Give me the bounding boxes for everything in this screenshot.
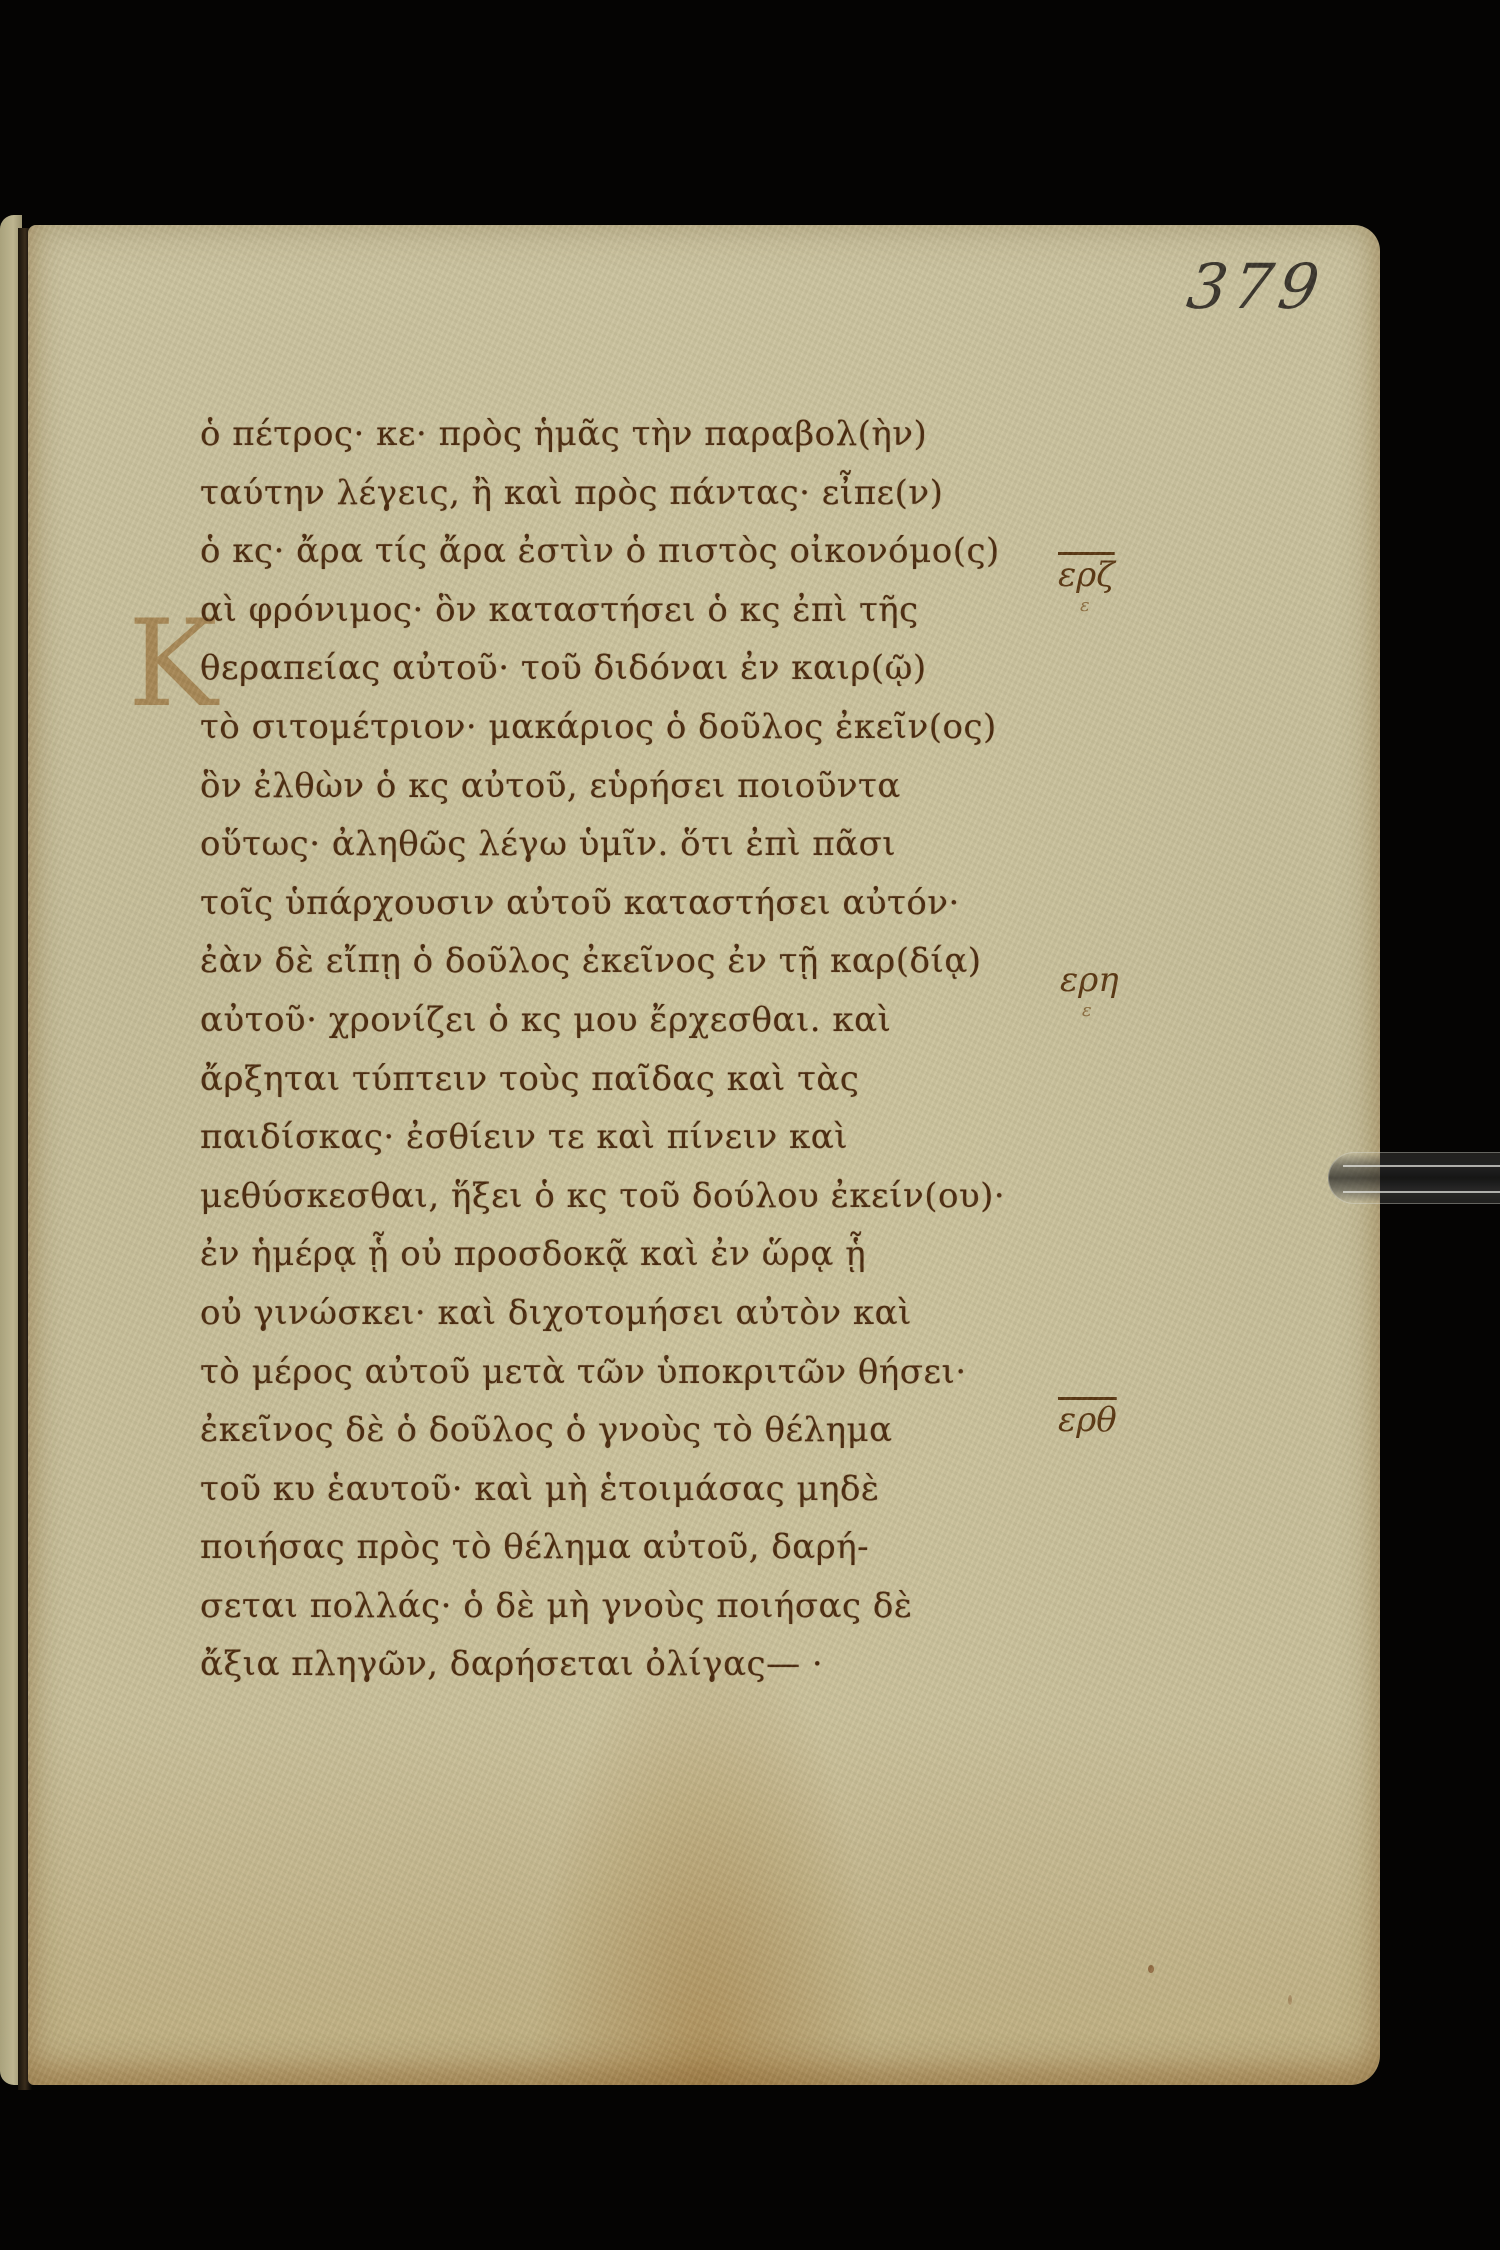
margin-mark: ε <box>1082 1000 1119 1021</box>
text-line: ὁ πέτρος· κε· πρὸς ἡμᾶς τὴν παραβολ(ὴν) <box>200 405 1050 464</box>
stain <box>1148 1965 1154 1973</box>
text-line: τὸ μέρος αὐτοῦ μετὰ τῶν ὑποκριτῶν θήσει· <box>200 1343 1050 1402</box>
folio-page: 379 Κ ὁ πέτρος· κε· πρὸς ἡμᾶς τὴν παραβο… <box>28 225 1380 2085</box>
text-line: θεραπείας αὐτοῦ· τοῦ διδόναι ἐν καιρ(ῷ) <box>200 639 1050 698</box>
margin-section-number: ερθ <box>1058 1400 1117 1440</box>
text-line: τοῦ κυ ἑαυτοῦ· καὶ μὴ ἑτοιμάσας μηδὲ <box>200 1460 1050 1519</box>
folio-number: 379 <box>1183 250 1330 323</box>
text-line: αὐτοῦ· χρονίζει ὁ κς μου ἔρχεσθαι. καὶ <box>200 991 1050 1050</box>
margin-section-number: ερζ ε <box>1058 555 1115 616</box>
manuscript-photo: 379 Κ ὁ πέτρος· κε· πρὸς ἡμᾶς τὴν παραβο… <box>0 0 1500 2250</box>
margin-section-number: ερη ε <box>1060 960 1119 1021</box>
text-line: ἄρξηται τύπτειν τοὺς παῖδας καὶ τὰς <box>200 1050 1050 1109</box>
text-line: ἐὰν δὲ εἴπῃ ὁ δοῦλος ἐκεῖνος ἐν τῇ καρ(δ… <box>200 932 1050 991</box>
text-line: αὶ φρόνιμος· ὃν καταστήσει ὁ κς ἐπὶ τῆς <box>200 581 1050 640</box>
text-line: οὐ γινώσκει· καὶ διχοτομήσει αὐτὸν καὶ <box>200 1284 1050 1343</box>
text-line: ὃν ἐλθὼν ὁ κς αὐτοῦ, εὑρήσει ποιοῦντα <box>200 757 1050 816</box>
text-line: ἄξια πληγῶν, δαρήσεται ὀλίγας— · <box>200 1635 1050 1694</box>
text-line: τοῖς ὑπάρχουσιν αὐτοῦ καταστήσει αὐτόν· <box>200 874 1050 933</box>
text-line: ποιήσας πρὸς τὸ θέλημα αὐτοῦ, δαρή- <box>200 1518 1050 1577</box>
margin-mark: ε <box>1080 595 1115 616</box>
stain <box>1288 1995 1292 2005</box>
text-line: παιδίσκας· ἐσθίειν τε καὶ πίνειν καὶ <box>200 1108 1050 1167</box>
text-line: τὸ σιτομέτριον· μακάριος ὁ δοῦλος ἐκεῖν(… <box>200 698 1050 757</box>
text-line: ἐκεῖνος δὲ ὁ δοῦλος ὁ γνοὺς τὸ θέλημα <box>200 1401 1050 1460</box>
text-line: οὕτως· ἀληθῶς λέγω ὑμῖν. ὅτι ἐπὶ πᾶσι <box>200 815 1050 874</box>
text-column: ὁ πέτρος· κε· πρὸς ἡμᾶς τὴν παραβολ(ὴν) … <box>200 405 1050 1694</box>
page-holder-rod <box>1328 1152 1500 1204</box>
text-line: ταύτην λέγεις, ἢ καὶ πρὸς πάντας· εἶπε(ν… <box>200 464 1050 523</box>
text-line: ἐν ἡμέρᾳ ᾗ οὐ προσδοκᾷ καὶ ἐν ὥρᾳ ᾗ <box>200 1225 1050 1284</box>
text-line: ὁ κς· ἄρα τίς ἄρα ἐστὶν ὁ πιστὸς οἰκονόμ… <box>200 522 1050 581</box>
text-line: μεθύσκεσθαι, ἥξει ὁ κς τοῦ δούλου ἐκείν(… <box>200 1167 1050 1226</box>
text-line: σεται πολλάς· ὁ δὲ μὴ γνοὺς ποιήσας δὲ <box>200 1577 1050 1636</box>
